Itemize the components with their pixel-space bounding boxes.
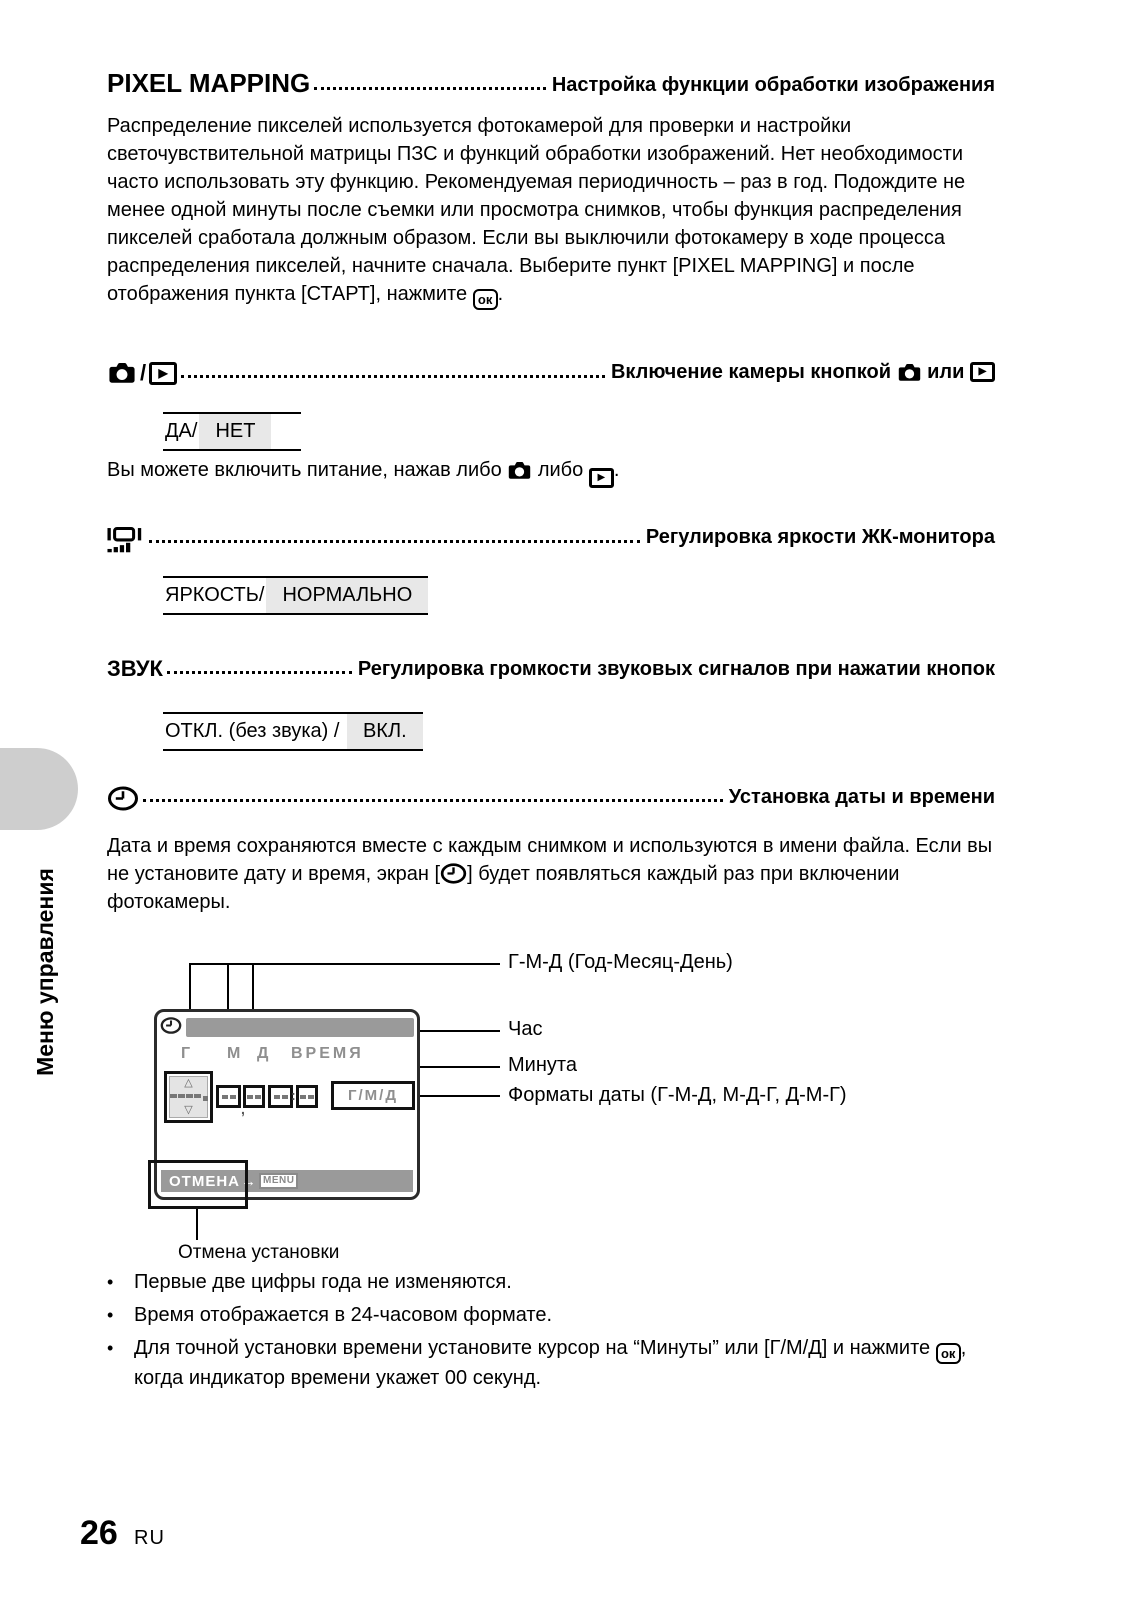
option-brightness: ЯРКОСТЬ/ (163, 578, 266, 613)
option-yes: ДА/ (163, 414, 199, 449)
clock-icon (160, 1017, 182, 1034)
dotted-leader (149, 540, 640, 543)
page-language: RU (134, 1527, 165, 1550)
label-formats: Форматы даты (Г-М-Д, М-Д-Г, Д-М-Г) (508, 1084, 847, 1107)
playback-icon: ▶ (970, 362, 995, 382)
camera-icon (107, 362, 137, 384)
arrow-up-icon: △ (184, 1078, 192, 1089)
slash-separator: / (140, 360, 146, 386)
minute-field (296, 1085, 318, 1108)
power-body-text3: . (614, 459, 620, 481)
camera-icon (897, 363, 922, 382)
callout-line-cancel (196, 1208, 198, 1240)
year-field-callout: △ ▽ (164, 1071, 213, 1123)
option-no-selected: НЕТ (199, 414, 271, 449)
section-heading-pixel-mapping: PIXEL MAPPING Настройка функции обработк… (107, 70, 995, 96)
monitor-brightness-icon (107, 524, 145, 553)
camera-icon (507, 461, 532, 480)
time-separator: : (291, 1087, 296, 1103)
playback-icon: ▶ (589, 468, 614, 488)
dotted-leader (143, 799, 723, 802)
pixel-mapping-title: PIXEL MAPPING (107, 70, 310, 96)
datetime-subtitle: Установка даты и времени (729, 786, 995, 808)
pixel-mapping-text: Распределение пикселей используется фото… (107, 115, 971, 305)
pixel-mapping-body: Распределение пикселей используется фото… (107, 112, 999, 310)
note-text: Первые две цифры года не изменяются. (134, 1268, 512, 1297)
header-time-label: ВРЕМЯ (291, 1045, 364, 1063)
option-box-tail (271, 414, 301, 449)
section-heading-power: / ▶ Включение камеры кнопкой или ▶ (107, 360, 995, 384)
bullet-icon (107, 1334, 134, 1393)
month-field (216, 1085, 241, 1108)
brightness-subtitle: Регулировка яркости ЖК-монитора (646, 526, 995, 548)
option-on-selected: ВКЛ. (347, 714, 423, 749)
power-subtitle: Включение камеры кнопкой или ▶ (611, 361, 995, 383)
clock-icon (440, 863, 467, 884)
clock-icon (107, 786, 139, 811)
hour-field (268, 1085, 293, 1108)
header-day-letter: Д (257, 1045, 268, 1063)
arrow-down-icon: ▽ (184, 1105, 192, 1116)
bullet-icon (107, 1268, 134, 1297)
section-heading-datetime: Установка даты и времени (107, 786, 995, 808)
page-number: 26 (80, 1514, 118, 1553)
menu-button-badge: MENU (259, 1173, 298, 1189)
option-normal-selected: НОРМАЛЬНО (266, 578, 428, 613)
label-minute: Минута (508, 1054, 577, 1077)
cancel-callout-box (148, 1160, 248, 1209)
pixel-mapping-subtitle: Настройка функции обработки изображения (552, 74, 995, 96)
datetime-screen-diagram: Г-М-Д (Год-Месяц-День) Час Минута Формат… (107, 930, 1007, 1275)
day-field (243, 1085, 265, 1108)
dotted-leader (181, 375, 605, 378)
list-item: Время отображается в 24-часовом формате. (107, 1301, 991, 1330)
sound-options: ОТКЛ. (без звука) / ВКЛ. (163, 712, 423, 751)
section-heading-sound: ЗВУК Регулировка громкости звуковых сигн… (107, 658, 995, 680)
note-text-part1: Для точной установки времени установите … (134, 1337, 936, 1359)
notes-list: Первые две цифры года не изменяются. Вре… (107, 1268, 991, 1397)
datetime-body: Дата и время сохраняются вместе с каждым… (107, 832, 999, 916)
date-separator: , (241, 1101, 245, 1117)
option-off: ОТКЛ. (без звука) / (163, 714, 347, 749)
label-hour: Час (508, 1018, 542, 1041)
screen-title-bar (186, 1018, 414, 1037)
label-ymd: Г-М-Д (Год-Месяц-День) (508, 951, 733, 974)
note-text: Для точной установки времени установите … (134, 1334, 991, 1393)
sound-subtitle: Регулировка громкости звуковых сигналов … (358, 658, 995, 680)
bullet-icon (107, 1301, 134, 1330)
dotted-leader (167, 671, 352, 674)
date-format-field: Г/М/Д (331, 1081, 415, 1110)
pixel-mapping-text-end: . (498, 283, 504, 305)
ok-button-icon: ок (473, 289, 498, 310)
callout-line-ymd (189, 963, 500, 965)
dotted-leader (314, 87, 546, 90)
playback-icon: ▶ (149, 362, 177, 385)
sound-title: ЗВУК (107, 658, 163, 680)
power-body-text2: либо (532, 459, 589, 481)
brightness-options: ЯРКОСТЬ/ НОРМАЛЬНО (163, 576, 428, 615)
label-cancel: Отмена установки (178, 1242, 339, 1264)
header-year-letter: Г (181, 1045, 190, 1063)
manual-page: PIXEL MAPPING Настройка функции обработк… (0, 0, 1123, 1600)
power-heading-icons: / ▶ (107, 360, 177, 386)
list-item: Для точной установки времени установите … (107, 1334, 991, 1393)
chapter-label: Меню управления (32, 844, 59, 1100)
chapter-tab (0, 748, 78, 830)
header-month-letter: М (227, 1045, 240, 1063)
date-format-value: Г/М/Д (348, 1087, 398, 1104)
note-text: Время отображается в 24-часовом формате. (134, 1301, 552, 1330)
year-selector: △ ▽ (169, 1076, 208, 1118)
power-body-text1: Вы можете включить питание, нажав либо (107, 459, 507, 481)
power-options: ДА/ НЕТ (163, 412, 301, 451)
power-subtitle-text2: или (922, 361, 970, 383)
list-item: Первые две цифры года не изменяются. (107, 1268, 991, 1297)
ok-button-icon: ок (936, 1343, 961, 1364)
section-heading-brightness: Регулировка яркости ЖК-монитора (107, 524, 995, 549)
callout-line-formats (415, 1095, 500, 1097)
power-subtitle-text1: Включение камеры кнопкой (611, 361, 897, 383)
year-digits (170, 1094, 208, 1101)
power-body: Вы можете включить питание, нажав либо л… (107, 456, 999, 488)
